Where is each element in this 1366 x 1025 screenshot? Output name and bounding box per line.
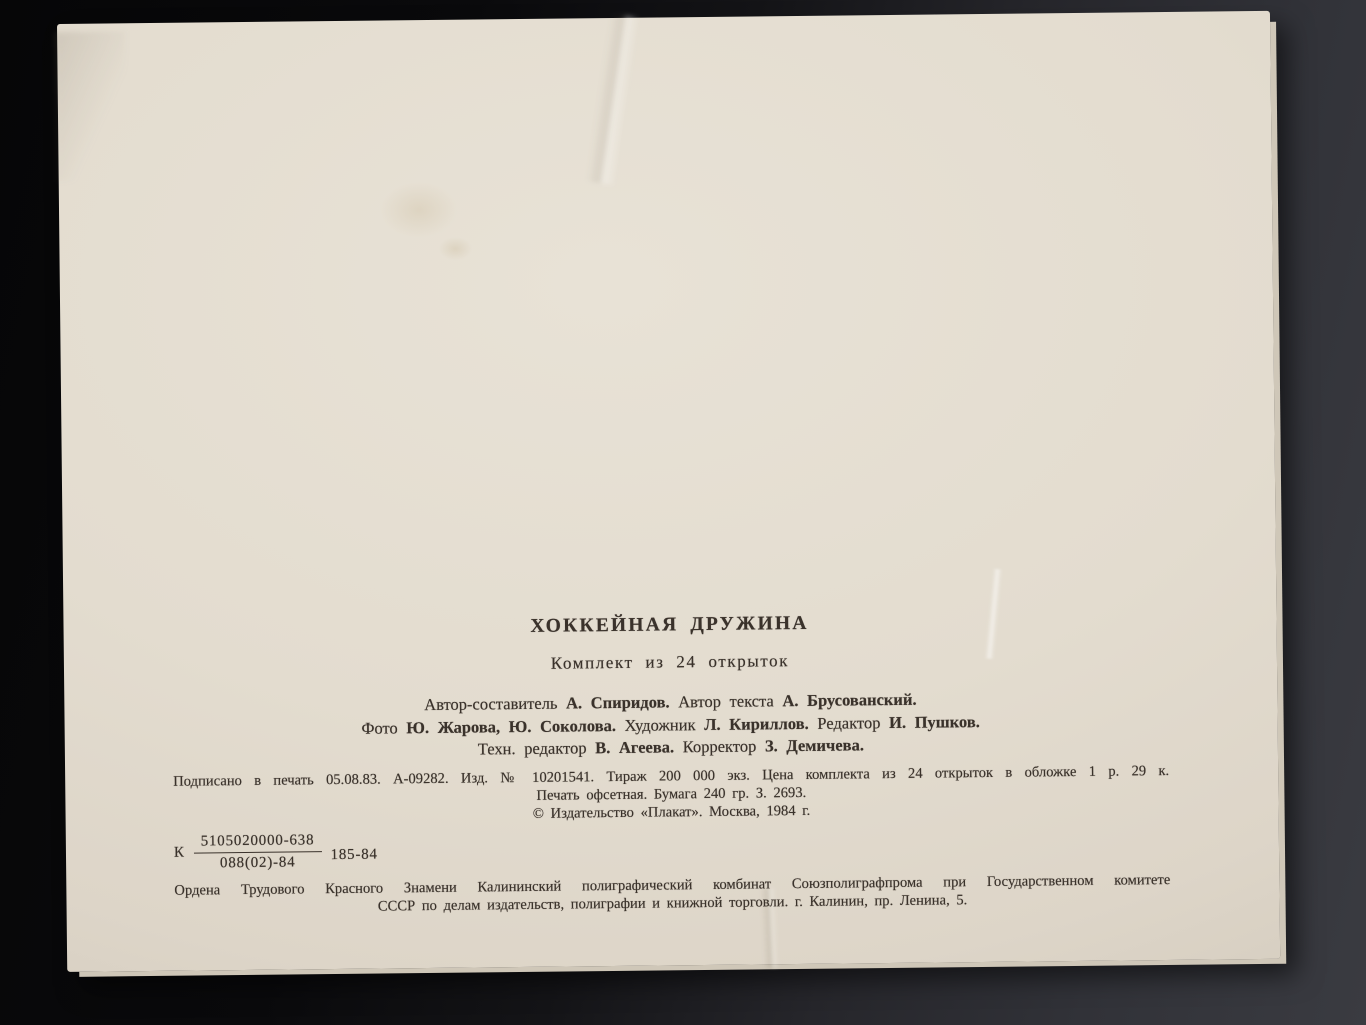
credits-text: Автор-составитель — [424, 694, 566, 715]
imprint-text-block: ХОККЕЙНАЯ ДРУЖИНА Комплект из 24 открыто… — [171, 609, 1170, 919]
credits-name: В. Агеева. — [595, 738, 674, 758]
postcard-folder-back: ХОККЕЙНАЯ ДРУЖИНА Комплект из 24 открыто… — [57, 11, 1280, 972]
catalog-prefix: К — [174, 844, 185, 861]
catalog-suffix: 185-84 — [330, 847, 377, 865]
subtitle: Комплект из 24 открыток — [172, 647, 1168, 678]
stain-mark — [364, 170, 475, 251]
credits-text: Художник — [616, 715, 704, 735]
fraction-denominator: 088(02)-84 — [194, 851, 322, 872]
imprint-block: Подписано в печать 05.08.83. А-09282. Из… — [173, 762, 1170, 827]
fraction-numerator: 5105020000-638 — [194, 832, 322, 852]
credits-name: Л. Кириллов. — [704, 714, 809, 734]
credits-name: И. Пушков. — [889, 712, 980, 732]
printer-block: Ордена Трудового Красного Знамени Калини… — [174, 871, 1170, 919]
credits-block: Автор-составитель А. Спиридов. Автор тек… — [172, 686, 1169, 765]
credits-text: Автор текста — [669, 691, 782, 711]
page-title: ХОККЕЙНАЯ ДРУЖИНА — [171, 609, 1167, 642]
catalog-number: К 5105020000-638 088(02)-84 185-84 — [174, 831, 378, 872]
credits-text: Фото — [361, 718, 406, 737]
credits-name: А. Брусованский. — [782, 690, 916, 710]
credits-name: З. Демичева. — [765, 735, 864, 755]
stain-mark — [431, 231, 479, 266]
credits-text: Корректор — [674, 737, 765, 757]
credits-text: Техн. редактор — [478, 738, 596, 758]
credits-text: Редактор — [809, 713, 890, 733]
crease-mark — [586, 13, 640, 186]
credits-name: Ю. Жарова, Ю. Соколова. — [406, 716, 616, 737]
catalog-fraction: 5105020000-638 088(02)-84 — [194, 832, 322, 872]
corner-shadow — [55, 31, 127, 182]
credits-name: А. Спиридов. — [566, 692, 670, 712]
